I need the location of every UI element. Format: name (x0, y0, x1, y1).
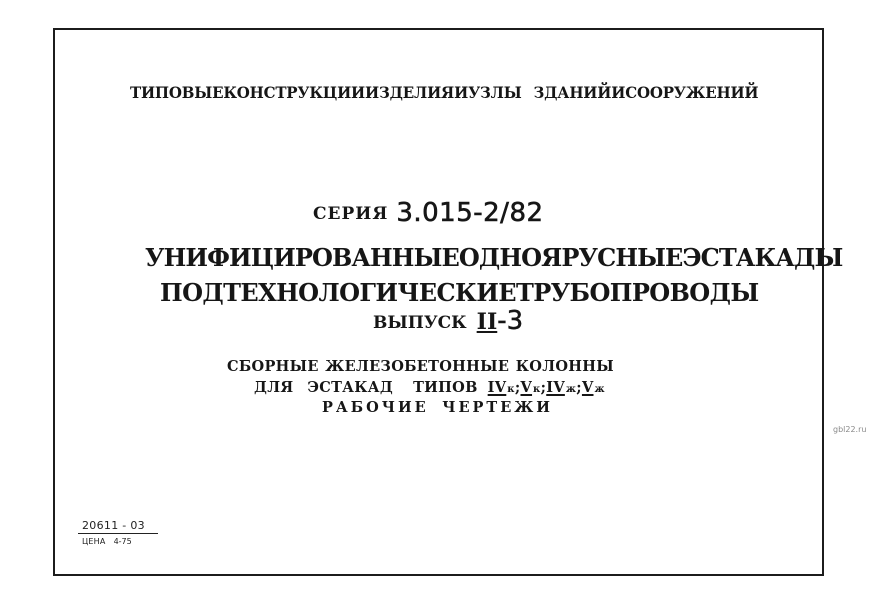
heading-word: технологические (223, 281, 516, 305)
subtitle-line-2: дляэстакадтиповIVк;Vк;IVж;Vж (254, 381, 605, 396)
org-title-word: и (611, 86, 625, 102)
org-title: Типовые конструкции изделия и узлы здани… (130, 86, 755, 102)
document-code-block: 20611 - 03 цена4-75 (78, 519, 158, 547)
series-line: серия3.015-2/82 (313, 200, 544, 226)
heading-word: одноярусные (459, 246, 683, 270)
subtitle-line-1: Сборные железобетонные колонны (227, 360, 614, 375)
issue-number: 3 (507, 306, 524, 336)
heading-word: Унифицированные (145, 246, 459, 270)
type-numeral: IV (546, 379, 565, 396)
subtitle-word: Сборные (227, 360, 319, 375)
issue-line: выпускII-3 (373, 308, 523, 334)
price-row: цена4-75 (78, 536, 158, 547)
issue-dash: - (497, 306, 506, 336)
heading-word: под (160, 281, 223, 305)
org-title-word: конструкции (223, 86, 365, 102)
type-designation: IVж; (546, 379, 582, 396)
issue-label: выпуск (373, 313, 467, 333)
type-subscript: к (507, 384, 515, 395)
type-subscript: ж (595, 384, 605, 395)
issue-roman-numeral: II (477, 309, 498, 335)
org-title-word: Типовые (130, 86, 223, 102)
subtitle-word: Рабочие (322, 401, 429, 416)
series-label: серия (313, 204, 388, 224)
subtitle-word: колонны (516, 360, 614, 375)
subtitle-word: для (254, 379, 293, 396)
subtitle-word: типов (413, 379, 478, 396)
subtitle-word: эстакад (307, 379, 393, 396)
type-designation: Vж (582, 379, 605, 396)
main-heading-line-1: Унифицированные одноярусные эстакады (145, 246, 738, 270)
type-numeral: V (582, 379, 594, 396)
subtitle-word: чертежи (442, 401, 553, 416)
type-designation: Vк; (520, 379, 546, 396)
document-code: 20611 - 03 (78, 519, 158, 534)
subtitle-line-3: Рабочие чертежи (322, 401, 553, 416)
org-title-word: изделия (365, 86, 454, 102)
type-numeral: V (520, 379, 532, 396)
price-label: цена (82, 537, 106, 546)
org-title-word: узлы (468, 86, 521, 102)
site-watermark: gbl22.ru (833, 425, 866, 434)
type-numeral: IV (488, 379, 507, 396)
type-designation: IVк; (488, 379, 521, 396)
type-subscript: ж (566, 384, 576, 395)
series-code: 3.015-2/82 (396, 198, 543, 228)
heading-word: эстакады (682, 246, 842, 270)
org-title-word: сооружений (625, 86, 758, 102)
subtitle-word: железобетонные (325, 360, 509, 375)
org-title-word: зданий (534, 86, 612, 102)
main-heading-line-2: под технологические трубопроводы (160, 281, 712, 305)
org-title-word: и (454, 86, 468, 102)
price-value: 4-75 (114, 537, 132, 546)
type-subscript: к (533, 384, 541, 395)
heading-word: трубопроводы (516, 281, 759, 305)
